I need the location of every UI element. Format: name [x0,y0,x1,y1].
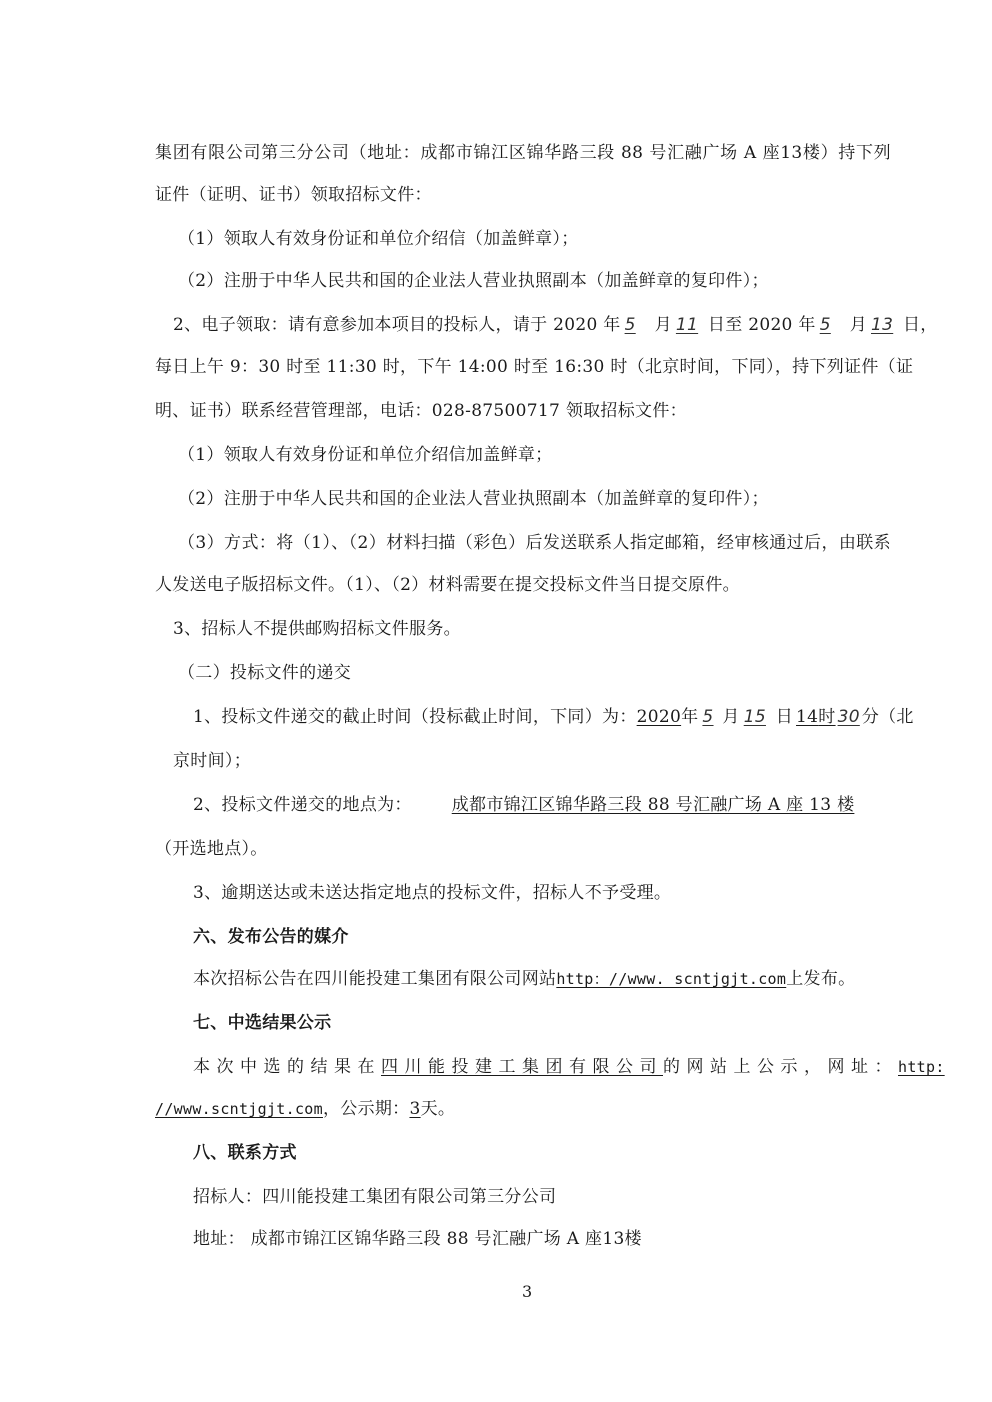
media-suffix: 上发布。 [786,969,855,989]
handwritten-deadline-month: 5 [698,706,722,728]
paragraph-line: 京时间）； [173,750,909,772]
deadline-year: 2020 [637,707,681,727]
section-title-8: 八、联系方式 [193,1142,929,1164]
month-label: 月 [850,315,867,335]
list-item: （1）领取人有效身份证和单位介绍信加盖鲜章； [178,444,914,466]
month-label: 月 [722,707,739,727]
period-value: 3 [409,1099,420,1119]
paragraph-line: （开选地点）。 [155,838,891,860]
deadline-hour: 14时30 [793,707,862,727]
paragraph-line: 3、招标人不提供邮购招标文件服务。 [173,618,909,640]
hour-label: 时 [818,707,835,727]
result-url-part2[interactable]: //www.scntjgjt.com [155,1100,323,1118]
section-title-6: 六、发布公告的媒介 [193,926,929,948]
handwritten-start-month: 5 [621,314,655,336]
list-item: （2）注册于中华人民共和国的企业法人营业执照副本（加盖鲜章的复印件）； [178,270,914,292]
result-line-2: //www.scntjgjt.com，公示期：3天。 [155,1098,891,1120]
tenderer-line: 招标人：四川能投建工集团有限公司第三分公司 [193,1186,929,1208]
handwritten-start-day: 11 [672,314,708,336]
submission-location: 成都市锦江区锦华路三段 88 号汇融广场 A 座 13 楼 [412,795,855,815]
handwritten-end-day: 13 [867,314,903,336]
electronic-prefix: 2、电子领取：请有意参加本项目的投标人，请于 2020 年 [173,315,621,335]
document-page: 集团有限公司第三分公司（地址：成都市锦江区锦华路三段 88 号汇融广场 A 座1… [0,0,992,1402]
deadline-prefix: 1、投标文件递交的截止时间（投标截止时间，下同）为： [193,707,637,727]
electronic-collection-line: 2、电子领取：请有意参加本项目的投标人，请于 2020 年5月11日至 2020… [173,314,891,336]
paragraph-line: 3、逾期送达或未送达指定地点的投标文件，招标人不予受理。 [193,882,929,904]
company-name: 四川能投建工集团有限公司 [381,1057,663,1077]
month-label: 月 [655,315,672,335]
minute-suffix: 分（北 [862,707,914,727]
media-prefix: 本次招标公告在四川能投建工集团有限公司网站 [193,969,556,989]
paragraph-line: 人发送电子版招标文件。（1）、（2）材料需要在提交投标文件当日提交原件。 [155,574,891,596]
section-title-7: 七、中选结果公示 [193,1012,929,1034]
paragraph-line: 证件（证明、证书）领取招标文件： [155,184,891,206]
paragraph-line: 明、证书）联系经营管理部，电话：028-87500717 领取招标文件： [155,400,891,422]
paragraph-line: 集团有限公司第三分公司（地址：成都市锦江区锦华路三段 88 号汇融广场 A 座1… [155,142,891,164]
address-line: 地址： 成都市锦江区锦华路三段 88 号汇融广场 A 座13楼 [193,1228,929,1250]
paragraph-line: 每日上午 9：30 时至 11:30 时，下午 14:00 时至 16:30 时… [155,356,891,378]
year-label: 年 [681,707,698,727]
period-unit: 天。 [421,1099,456,1119]
handwritten-deadline-day: 15 [740,706,776,728]
hour-value: 14 [796,707,818,727]
list-item: （2）注册于中华人民共和国的企业法人营业执照副本（加盖鲜章的复印件）； [178,488,914,510]
deadline-line: 1、投标文件递交的截止时间（投标截止时间，下同）为：2020年5月15日14时3… [193,706,891,728]
website-link[interactable]: http：//www. scntjgjt.com [556,970,786,988]
result-line: 本次中选的结果在四川能投建工集团有限公司的网站上公示，网址：http: [193,1056,891,1078]
electronic-suffix: 日， [903,315,938,335]
result-url-part1[interactable]: http: [898,1058,945,1076]
handwritten-deadline-minute: 30 [836,706,862,728]
handwritten-end-month: 5 [816,314,850,336]
location-prefix: 2、投标文件递交的地点为： [193,795,412,815]
day-label: 日 [776,707,793,727]
page-number: 3 [522,1282,532,1301]
result-prefix: 本次中选的结果在 [193,1057,381,1077]
list-item: （3）方式：将（1）、（2）材料扫描（彩色）后发送联系人指定邮箱，经审核通过后，… [178,532,891,554]
result-mid: 的网站上公示，网址： [663,1057,898,1077]
list-item: （1）领取人有效身份证和单位介绍信（加盖鲜章）； [178,228,914,250]
electronic-mid: 日至 2020 年 [708,315,816,335]
subsection-title: （二）投标文件的递交 [178,662,914,684]
media-line: 本次招标公告在四川能投建工集团有限公司网站http：//www. scntjgj… [193,968,929,990]
location-line: 2、投标文件递交的地点为：成都市锦江区锦华路三段 88 号汇融广场 A 座 13… [193,794,891,816]
period-label: ，公示期： [323,1099,410,1119]
